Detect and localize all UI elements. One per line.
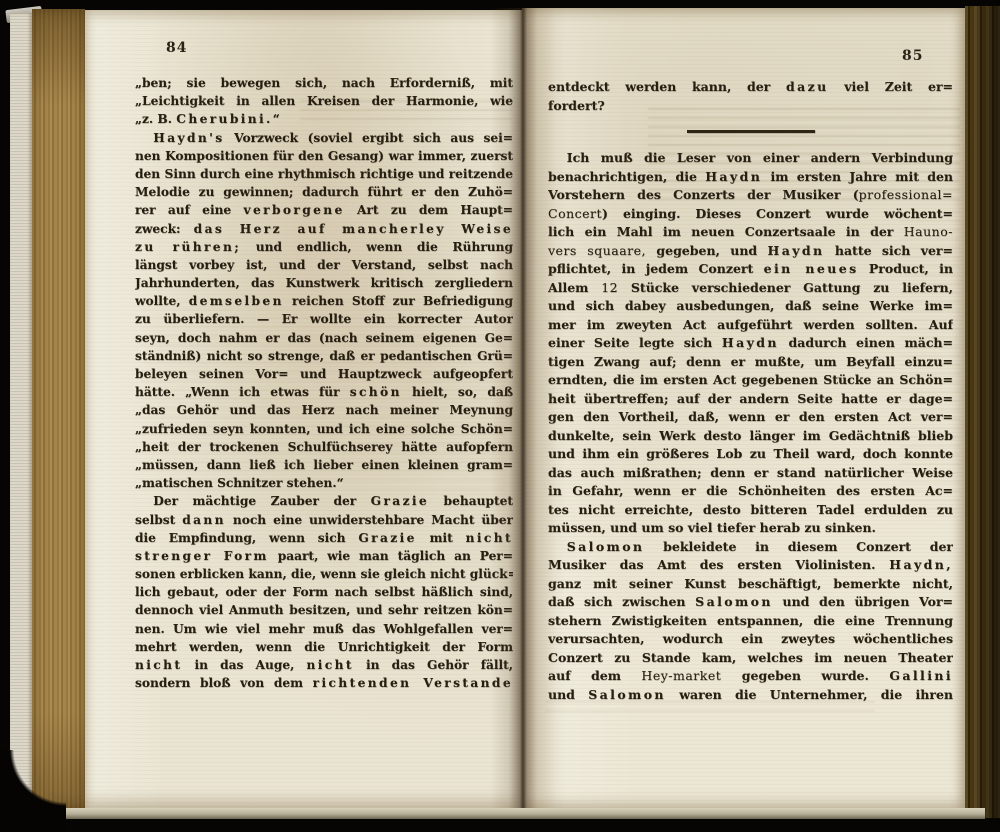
emphasized-text: Haydn: [722, 335, 779, 350]
text-line: verursachten, wodurch ein zweytes wöchen…: [548, 630, 953, 649]
text-line: seyn, doch nahm er das (nach seinem eige…: [135, 329, 513, 347]
book-photo: 84 85 „ben; sie bewegen sich, nach Erfor…: [0, 0, 1000, 832]
body-text: benachrichtigen, die: [548, 169, 705, 184]
emphasized-text: strenger Form: [135, 549, 269, 563]
page-number-left: 84: [166, 40, 187, 56]
body-text: dennoch viel Anmuth besitzen, und sehr r…: [135, 603, 513, 617]
text-line: „müssen, dann ließ ich lieber einen klei…: [135, 456, 513, 474]
text-line: nicht in das Auge, nicht in das Gehör fä…: [135, 656, 513, 674]
body-text: daß sich zwischen: [548, 594, 695, 609]
body-text: Melodie zu gewinnen; dadurch führt er de…: [135, 185, 513, 199]
body-text: heit übertreffen; auf der andern Seite h…: [548, 391, 953, 406]
text-line: Ich muß die Leser von einer andern Verbi…: [548, 149, 953, 168]
body-text: sondern bloß von dem: [135, 676, 313, 690]
text-line: hätte. „Wenn ich etwas für schön hielt, …: [135, 383, 513, 401]
body-text: „zufrieden seyn konnten, und ich eine so…: [135, 422, 513, 436]
text-line: beleyen seinen Vor= und Hauptzweck aufge…: [135, 365, 513, 383]
text-line: auf dem Hey-market gegeben wurde. Gallin…: [548, 667, 953, 686]
text-line: und Salomon waren die Unternehmer, die i…: [548, 686, 953, 705]
body-text: „müssen, dann ließ ich lieber einen klei…: [135, 458, 513, 472]
body-text: das auch mißrathen; denn er stand natürl…: [548, 465, 953, 480]
text-line: längst vorbey ist, und der Verstand, sel…: [135, 256, 513, 274]
text-line: gen den Vortheil, daß, wenn er den erste…: [548, 408, 953, 427]
body-text: und den übrigen Vor=: [773, 594, 953, 609]
body-text: dadurch einen mäch=: [779, 335, 953, 350]
body-text: Der mächtige Zauber der: [153, 494, 370, 508]
body-text: müssen, und um so viel tiefer herab zu s…: [548, 520, 876, 535]
text-line: zweck: das Herz auf mancherley Weise: [135, 220, 513, 238]
text-line: dunkelte, sein Werk desto länger im Gedä…: [548, 427, 953, 446]
body-text: Musiker das Amt des ersten Violinisten.: [548, 557, 889, 572]
body-text: gen den Vortheil, daß, wenn er den erste…: [548, 409, 953, 424]
emphasized-text: demselben: [189, 294, 284, 308]
body-text: mit: [417, 531, 466, 545]
body-text: und sich dabey ausbedungen, daß seine We…: [548, 298, 953, 313]
body-text: mer im zweyten Act aufgeführt werden sol…: [548, 317, 953, 332]
body-text: ganz mit seiner Kunst beschäftigt, bemer…: [548, 576, 953, 591]
emphasized-text: Haydn: [768, 243, 825, 258]
body-text: hielt, so, daß: [402, 385, 513, 399]
body-text: Conzert zu Stande kam, welches im neuen …: [548, 650, 953, 665]
body-text: und ihm ein größeres Lob zu Theil ward, …: [548, 446, 953, 461]
body-text: tigen Zwang auf; denn er mußte, um Beyfa…: [548, 354, 953, 369]
body-text: in das Auge,: [182, 658, 306, 672]
left-page-text: „ben; sie bewegen sich, nach Erforderniß…: [135, 74, 513, 692]
body-text: „ben; sie bewegen sich, nach Erforderniß…: [135, 76, 513, 90]
text-line: „Leichtigkeit in allen Kreisen der Harmo…: [135, 92, 513, 110]
body-text: lich ein Mahl im neuen Conzertsaale in d…: [548, 224, 904, 239]
body-text: gegeben wurde.: [721, 668, 889, 683]
book-board-right: [965, 6, 1000, 818]
text-line: nen Kompositionen für den Gesang) war im…: [135, 147, 513, 165]
text-line: und ihm ein größeres Lob zu Theil ward, …: [548, 445, 953, 464]
right-page-text-main: Ich muß die Leser von einer andern Verbi…: [548, 149, 953, 704]
body-text: Art zu dem Haupt=: [345, 203, 513, 217]
body-text: viel Zeit er=: [829, 79, 953, 94]
text-line: die Empfindung, wenn sich Grazie mit nic…: [135, 529, 513, 547]
text-line: dennoch viel Anmuth besitzen, und sehr r…: [135, 601, 513, 619]
body-text: mehrt werden, wenn die Unrichtigkeit der…: [135, 640, 513, 654]
body-text: Product, in: [859, 261, 953, 276]
emphasized-text: nicht: [135, 658, 182, 672]
body-text: nen. Um wie viel mehr muß das Wohlgefall…: [135, 622, 513, 636]
body-text: Ich muß die Leser von einer andern Verbi…: [567, 150, 953, 165]
right-page-text-top: entdeckt werden kann, der dazu viel Zeit…: [548, 78, 953, 115]
text-line: erndten, die im ersten Act gegebenen Stü…: [548, 371, 953, 390]
text-line: in Gefahr, wenn er die Schönheiten des e…: [548, 482, 953, 501]
text-line: tigen Zwang auf; denn er mußte, um Beyfa…: [548, 353, 953, 372]
text-line: Haydn's Vorzweck (soviel ergibt sich aus…: [135, 129, 513, 147]
emphasized-text: dann: [182, 513, 226, 527]
body-text: dunkelte, sein Werk desto länger im Gedä…: [548, 428, 953, 443]
emphasized-text: nicht: [466, 531, 513, 545]
text-line: vers squaare, gegeben, und Haydn hatte s…: [548, 242, 953, 261]
emphasized-text: verborgene: [243, 203, 344, 217]
text-line: Musiker das Amt des ersten Violinisten. …: [548, 556, 953, 575]
emphasized-text: schön: [350, 385, 402, 399]
body-text: „z. B.: [135, 112, 176, 126]
text-line: „matischen Schnitzer stehen.“: [135, 474, 513, 492]
body-text: pflichtet, in jedem Conzert: [548, 261, 764, 276]
body-text: hätte. „Wenn ich etwas für: [135, 385, 350, 399]
body-text: auf dem: [548, 668, 641, 683]
emphasized-text: Haydn's: [153, 131, 224, 145]
body-text: und endlich, wenn die Rührung: [241, 240, 513, 254]
body-text: nen Kompositionen für den Gesang) war im…: [135, 149, 513, 163]
text-line: zu überliefern. — Er wollte ein korrecte…: [135, 310, 513, 328]
emphasized-text: richtenden Verstande: [313, 676, 513, 690]
body-text: verursachten, wodurch ein zweytes wöchen…: [548, 631, 953, 646]
body-text: den Sinn durch eine rhythmisch richtige …: [135, 167, 513, 181]
emphasized-text: ein neues: [764, 261, 859, 276]
text-line: und sich dabey ausbedungen, daß seine We…: [548, 297, 953, 316]
text-line: ganz mit seiner Kunst beschäftigt, bemer…: [548, 575, 953, 594]
emphasized-text: Cherubini.: [176, 112, 272, 126]
emphasized-text: nicht: [307, 658, 354, 672]
antiqua-text: professional=: [859, 187, 953, 202]
page-edge-stack-tan: [32, 9, 85, 808]
body-text: längst vorbey ist, und der Verstand, sel…: [135, 258, 513, 272]
body-text: erndten, die im ersten Act gegebenen Stü…: [548, 372, 953, 387]
emphasized-text: Haydn,: [889, 557, 953, 572]
body-text: entdeckt werden kann, der: [548, 79, 786, 94]
section-divider-rule: [687, 130, 815, 133]
body-text: zweck:: [135, 222, 194, 236]
text-line: rer auf eine verborgene Art zu dem Haupt…: [135, 201, 513, 219]
body-text: und: [548, 687, 588, 702]
text-line: tes nicht erreichte, desto bitteren Tade…: [548, 501, 953, 520]
body-text: zu überliefern. — Er wollte ein korrecte…: [135, 312, 513, 326]
emphasized-text: das Herz auf mancherley Weise: [194, 222, 513, 236]
text-line: heit übertreffen; auf der andern Seite h…: [548, 390, 953, 409]
body-text: Allem: [548, 280, 601, 295]
body-text: tes nicht erreichte, desto bitteren Tade…: [548, 502, 953, 517]
body-text: gegeben, und: [646, 243, 767, 258]
body-text: Vorzweck (soviel ergibt sich aus sei=: [225, 131, 513, 145]
text-line: den Sinn durch eine rhythmisch richtige …: [135, 165, 513, 183]
body-text: paart, wie man täglich an Per=: [269, 549, 513, 563]
body-text: noch eine unwiderstehbare Macht über: [226, 513, 513, 527]
text-line: „ben; sie bewegen sich, nach Erforderniß…: [135, 74, 513, 92]
antiqua-text: Hey-market: [641, 668, 721, 683]
body-text: „heit der trockenen Schulfüchserey hätte…: [135, 440, 513, 454]
emphasized-text: Salomon: [567, 539, 645, 554]
text-line: müssen, und um so viel tiefer herab zu s…: [548, 519, 953, 538]
antiqua-text: Concert: [548, 206, 602, 221]
body-text: ständniß) nicht so strenge, daß er pedan…: [135, 349, 513, 363]
text-line: „das Gehör und das Herz nach meiner Meyn…: [135, 401, 513, 419]
text-line: Salomon bekleidete in diesem Conzert der: [548, 538, 953, 557]
emphasized-text: Grazie: [371, 494, 429, 508]
body-text: behauptet: [429, 494, 513, 508]
body-text: “: [273, 112, 280, 126]
body-text: einer Seite legte sich: [548, 335, 722, 350]
text-line: sonen erblicken kann, die, wenn sie glei…: [135, 565, 513, 583]
text-line: lich gebaut, oder der Form nach selbst h…: [135, 583, 513, 601]
body-text: lich gebaut, oder der Form nach selbst h…: [135, 585, 513, 599]
body-text: sonen erblicken kann, die, wenn sie glei…: [135, 567, 513, 581]
text-line: ständniß) nicht so strenge, daß er pedan…: [135, 347, 513, 365]
body-text: fordert?: [548, 98, 605, 113]
text-line: stehern Zwistigkeiten entspannen, die ei…: [548, 612, 953, 631]
text-line: daß sich zwischen Salomon und den übrige…: [548, 593, 953, 612]
text-line: entdeckt werden kann, der dazu viel Zeit…: [548, 78, 953, 97]
emphasized-text: dazu: [786, 79, 829, 94]
body-text: im ersten Jahre mit den: [762, 169, 953, 184]
text-line: pflichtet, in jedem Conzert ein neues Pr…: [548, 260, 953, 279]
body-text: selbst: [135, 513, 182, 527]
shadow-corner-bottom-left: [0, 750, 66, 832]
text-line: lich ein Mahl im neuen Conzertsaale in d…: [548, 223, 953, 242]
page-edge-bottom: [60, 808, 985, 819]
body-text: wollte,: [135, 294, 189, 308]
antiqua-text: 12: [601, 280, 618, 295]
text-line: Der mächtige Zauber der Grazie behauptet: [135, 492, 513, 510]
text-line: sondern bloß von dem richtenden Verstand…: [135, 674, 513, 692]
text-line: Vorstehern des Conzerts der Musiker (pro…: [548, 186, 953, 205]
body-text: „das Gehör und das Herz nach meiner Meyn…: [135, 403, 513, 417]
body-text: „Leichtigkeit in allen Kreisen der Harmo…: [135, 94, 513, 108]
body-text: ) einging. Dieses Conzert wurde wöchent=: [602, 206, 953, 221]
right-page-text: entdeckt werden kann, der dazu viel Zeit…: [548, 78, 953, 704]
text-line: Jahrhunderten, das Kunstwerk kritisch ze…: [135, 274, 513, 292]
text-line: Conzert zu Stande kam, welches im neuen …: [548, 649, 953, 668]
emphasized-text: Salomon: [695, 594, 773, 609]
text-line: fordert?: [548, 97, 953, 116]
text-line: strenger Form paart, wie man täglich an …: [135, 547, 513, 565]
text-line: einer Seite legte sich Haydn dadurch ein…: [548, 334, 953, 353]
body-text: in das Gehör fällt,: [354, 658, 513, 672]
text-line: Melodie zu gewinnen; dadurch führt er de…: [135, 183, 513, 201]
text-line: „zufrieden seyn konnten, und ich eine so…: [135, 420, 513, 438]
body-text: waren die Unternehmer, die ihren: [666, 687, 953, 702]
antiqua-text: vers squaare,: [548, 243, 646, 258]
body-text: Stücke verschiedener Gattung zu liefern,: [618, 280, 953, 295]
text-line: wollte, demselben reichen Stoff zur Befr…: [135, 292, 513, 310]
body-text: rer auf eine: [135, 203, 243, 217]
text-line: Concert) einging. Dieses Conzert wurde w…: [548, 205, 953, 224]
text-line: Allem 12 Stücke verschiedener Gattung zu…: [548, 279, 953, 298]
body-text: Vorstehern des Conzerts der Musiker (: [548, 187, 859, 202]
text-line: das auch mißrathen; denn er stand natürl…: [548, 464, 953, 483]
emphasized-text: Haydn: [705, 169, 762, 184]
body-text: Jahrhunderten, das Kunstwerk kritisch ze…: [135, 276, 513, 290]
body-text: bekleidete in diesem Conzert der: [644, 539, 953, 554]
emphasized-text: Gallini: [889, 668, 953, 683]
body-text: seyn, doch nahm er das (nach seinem eige…: [135, 331, 513, 345]
page-edge-stack-light: [10, 13, 32, 808]
text-line: mehrt werden, wenn die Unrichtigkeit der…: [135, 638, 513, 656]
body-text: stehern Zwistigkeiten entspannen, die ei…: [548, 613, 953, 628]
text-line: benachrichtigen, die Haydn im ersten Jah…: [548, 168, 953, 187]
body-text: reichen Stoff zur Befriedigung: [284, 294, 513, 308]
emphasized-text: Salomon: [588, 687, 666, 702]
text-line: zu rühren; und endlich, wenn die Rührung: [135, 238, 513, 256]
body-text: in Gefahr, wenn er die Schönheiten des e…: [548, 483, 953, 498]
text-line: „z. B. Cherubini.“: [135, 110, 513, 128]
body-text: „matischen Schnitzer stehen.“: [135, 476, 344, 490]
emphasized-text: Grazie: [358, 531, 416, 545]
body-text: hatte sich ver=: [825, 243, 953, 258]
text-line: mer im zweyten Act aufgeführt werden sol…: [548, 316, 953, 335]
antiqua-text: Hauno-: [904, 224, 953, 239]
text-line: nen. Um wie viel mehr muß das Wohlgefall…: [135, 620, 513, 638]
body-text: beleyen seinen Vor= und Hauptzweck aufge…: [135, 367, 513, 381]
page-number-right: 85: [902, 48, 923, 64]
body-text: die Empfindung, wenn sich: [135, 531, 358, 545]
text-line: „heit der trockenen Schulfüchserey hätte…: [135, 438, 513, 456]
emphasized-text: zu rühren;: [135, 240, 241, 254]
text-line: selbst dann noch eine unwiderstehbare Ma…: [135, 511, 513, 529]
